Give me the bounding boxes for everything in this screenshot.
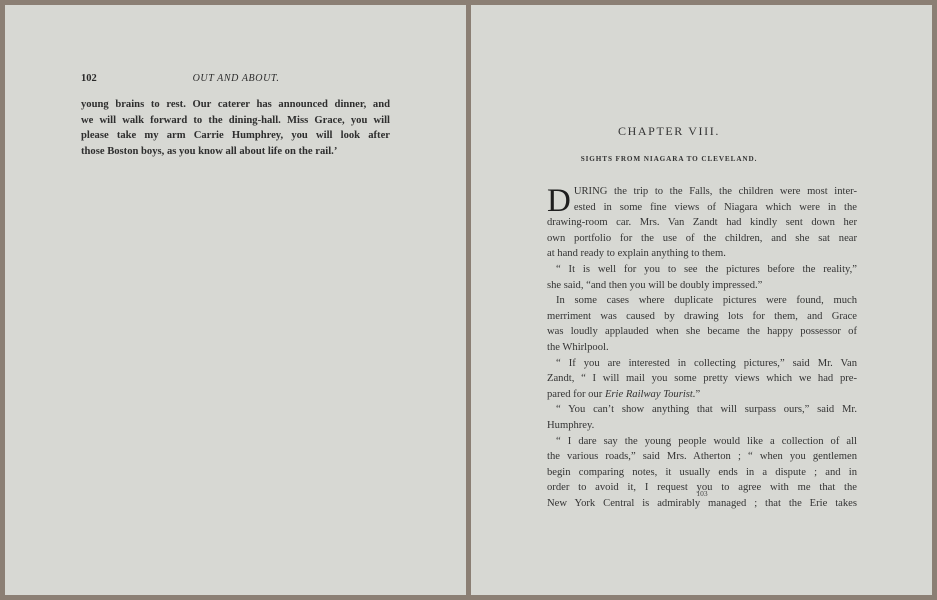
text-line: ested in some fine views of Niagara whic… (547, 200, 857, 216)
text-line: pared for our Erie Railway Tourist.” (547, 387, 857, 403)
paragraph: “ You can’t show anything that will surp… (547, 402, 857, 433)
text-line: “ You can’t show anything that will surp… (547, 402, 857, 418)
text-line: those Boston boys, as you know all about… (81, 144, 390, 160)
paragraph: D URING the trip to the Falls, the child… (547, 184, 857, 262)
text-line: URING the trip to the Falls, the childre… (547, 184, 857, 200)
text-line: own portfolio for the use of the childre… (547, 231, 857, 247)
drop-cap: D (547, 187, 571, 215)
text-line: “ I dare say the young people would like… (547, 434, 857, 450)
paragraph: In some cases where duplicate pictures w… (547, 293, 857, 355)
paragraph: “ It is well for you to see the pictures… (547, 262, 857, 293)
left-page: 102 OUT AND ABOUT. young brains to rest.… (5, 5, 466, 595)
paragraph: “ If you are interested in collecting pi… (547, 356, 857, 403)
text-line: young brains to rest. Our caterer has an… (81, 97, 390, 113)
text-line: at hand ready to explain anything to the… (547, 246, 857, 262)
text-line: she said, “and then you will be doubly i… (547, 278, 857, 294)
text-line: In some cases where duplicate pictures w… (547, 293, 857, 309)
running-head: 102 OUT AND ABOUT. (81, 73, 391, 87)
text-line: the Whirlpool. (547, 340, 857, 356)
text-line: we will walk forward to the dining-hall.… (81, 113, 390, 129)
running-head-title: OUT AND ABOUT. (81, 73, 391, 84)
text-line: Humphrey. (547, 418, 857, 434)
body-text: young brains to rest. Our caterer has an… (81, 97, 390, 159)
page-number: 103 (547, 489, 857, 498)
text-line: New York Central is admirably managed ; … (547, 496, 857, 512)
text-line: Zandt, “ I will mail you some pretty vie… (547, 371, 857, 387)
text-line: drawing-room car. Mrs. Van Zandt had kin… (547, 215, 857, 231)
body-text: D URING the trip to the Falls, the child… (547, 184, 857, 511)
right-page: CHAPTER VIII. SIGHTS FROM NIAGARA TO CLE… (471, 5, 932, 595)
text-line: merriment was caused by drawing lots for… (547, 309, 857, 325)
text-line: the various roads,” said Mrs. Atherton ;… (547, 449, 857, 465)
text-line: “ It is well for you to see the pictures… (547, 262, 857, 278)
text-line: please take my arm Carrie Humphrey, you … (81, 128, 390, 144)
italic-title: Erie Railway Tourist. (605, 389, 696, 400)
text-fragment: ” (696, 389, 701, 400)
text-fragment: pared for our (547, 389, 605, 400)
text-line: “ If you are interested in collecting pi… (547, 356, 857, 372)
paragraph: “ I dare say the young people would like… (547, 434, 857, 512)
text-line: begin comparing notes, it usually ends i… (547, 465, 857, 481)
chapter-title: CHAPTER VIII. (471, 124, 867, 139)
text-line: was loudly applauded when she became the… (547, 324, 857, 340)
chapter-subtitle: SIGHTS FROM NIAGARA TO CLEVELAND. (471, 155, 867, 163)
